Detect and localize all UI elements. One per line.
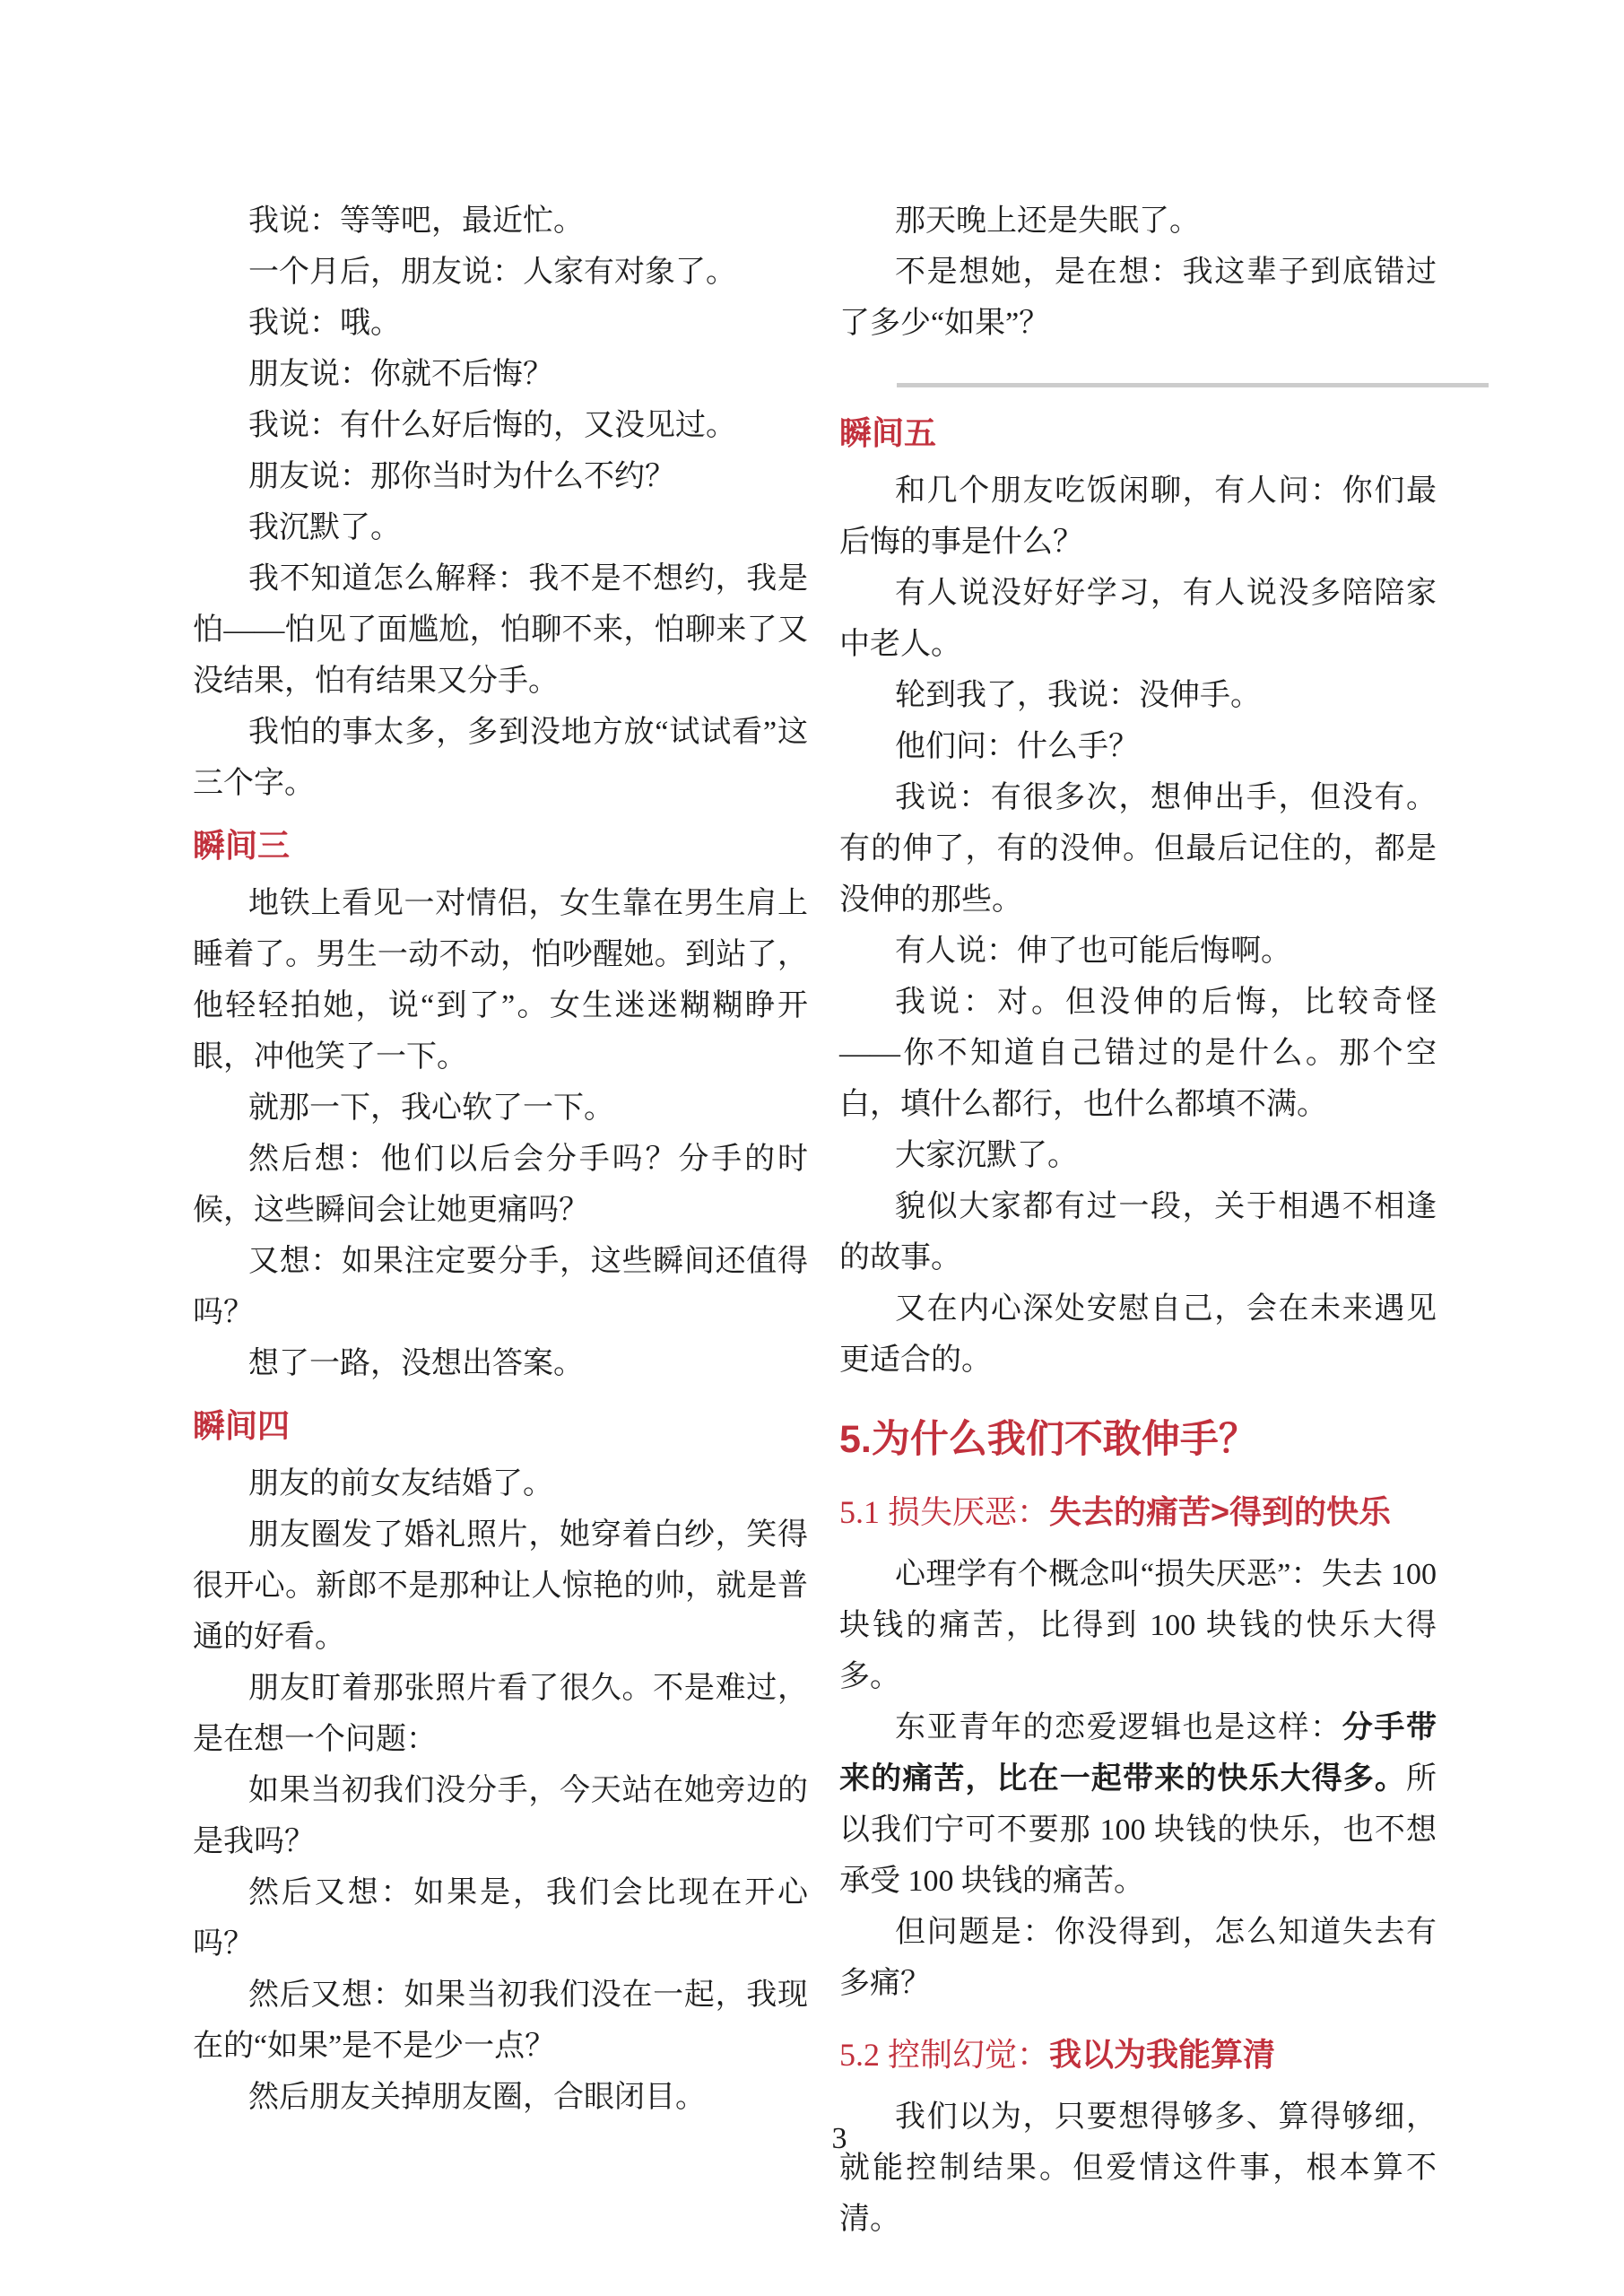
section-heading: 瞬间五 (839, 407, 1437, 458)
left-column: 我说：等等吧，最近忙。一个月后，朋友说：人家有对象了。我说：哦。朋友说：你就不后… (193, 196, 808, 2123)
paragraph: 我怕的事太多，多到没地方放“试试看”这三个字。 (193, 707, 808, 809)
page-number: 3 (803, 2122, 875, 2156)
section-heading: 瞬间四 (193, 1400, 808, 1451)
paragraph: 一个月后，朋友说：人家有对象了。 (193, 247, 808, 298)
paragraph: 貌似大家都有过一段，关于相遇不相逢的故事。 (839, 1181, 1437, 1283)
paragraph: 轮到我了，我说：没伸手。 (839, 670, 1437, 721)
paragraph: 又想：如果注定要分手，这些瞬间还值得吗？ (193, 1236, 808, 1338)
paragraph: 朋友圈发了婚礼照片，她穿着白纱，笑得很开心。新郎不是那种让人惊艳的帅，就是普通的… (193, 1509, 808, 1663)
paragraph: 然后又想：如果是，我们会比现在开心吗？ (193, 1867, 808, 1970)
paragraph: 又在内心深处安慰自己，会在未来遇见更适合的。 (839, 1283, 1437, 1386)
paragraph: 有人说：伸了也可能后悔啊。 (839, 926, 1437, 977)
paragraph: 我说：哦。 (193, 298, 808, 349)
right-column: 那天晚上还是失眠了。不是想她，是在想：我这辈子到底错过了多少“如果”？瞬间五和几… (839, 196, 1437, 2245)
paragraph: 想了一路，没想出答案。 (193, 1338, 808, 1389)
paragraph: 就那一下，我心软了一下。 (193, 1083, 808, 1134)
subsection-number-label: 5.2 控制幻觉： (839, 2037, 1049, 2073)
subsection-emphasis: 我以为我能算清 (1049, 2036, 1275, 2073)
paragraph: 不是想她，是在想：我这辈子到底错过了多少“如果”？ (839, 247, 1437, 349)
paragraph: 我说：有很多次，想伸出手，但没有。有的伸了，有的没伸。但最后记住的，都是没伸的那… (839, 772, 1437, 926)
paragraph: 朋友说：那你当时为什么不约？ (193, 451, 808, 502)
paragraph: 他们问：什么手？ (839, 721, 1437, 772)
paragraph: 朋友盯着那张照片看了很久。不是难过，是在想一个问题： (193, 1663, 808, 1765)
paragraph: 如果当初我们没分手，今天站在她旁边的是我吗？ (193, 1765, 808, 1867)
paragraph: 我沉默了。 (193, 502, 808, 553)
paragraph: 心理学有个概念叫“损失厌恶”：失去 100 块钱的痛苦，比得到 100 块钱的快… (839, 1549, 1437, 1702)
paragraph: 大家沉默了。 (839, 1130, 1437, 1181)
paragraph: 但问题是：你没得到，怎么知道失去有多痛？ (839, 1907, 1437, 2009)
paragraph: 我们以为，只要想得够多、算得够细，就能控制结果。但爱情这件事，根本算不清。 (839, 2092, 1437, 2245)
paragraph: 东亚青年的恋爱逻辑也是这样：分手带来的痛苦，比在一起带来的快乐大得多。所以我们宁… (839, 1702, 1437, 1907)
paragraph: 地铁上看见一对情侣，女生靠在男生肩上睡着了。男生一动不动，怕吵醒她。到站了，他轻… (193, 878, 808, 1083)
paragraph: 那天晚上还是失眠了。 (839, 196, 1437, 247)
subsection-emphasis: 失去的痛苦>得到的快乐 (1049, 1493, 1391, 1530)
paragraph: 我说：等等吧，最近忙。 (193, 196, 808, 247)
paragraph: 朋友的前女友结婚了。 (193, 1458, 808, 1509)
paragraph: 然后又想：如果当初我们没在一起，我现在的“如果”是不是少一点？ (193, 1970, 808, 2072)
paragraph: 我说：对。但没伸的后悔，比较奇怪——你不知道自己错过的是什么。那个空白，填什么都… (839, 977, 1437, 1130)
subsection-heading: 5.2 控制幻觉：我以为我能算清 (839, 2029, 1437, 2081)
subsection-heading: 5.1 损失厌恶：失去的痛苦>得到的快乐 (839, 1486, 1437, 1538)
paragraph: 然后想：他们以后会分手吗？分手的时候，这些瞬间会让她更痛吗？ (193, 1134, 808, 1236)
paragraph: 有人说没好好学习，有人说没多陪陪家中老人。 (839, 568, 1437, 670)
text-run: 东亚青年的恋爱逻辑也是这样： (895, 1711, 1342, 1744)
document-page: 我说：等等吧，最近忙。一个月后，朋友说：人家有对象了。我说：哦。朋友说：你就不后… (0, 0, 1624, 2296)
paragraph: 然后朋友关掉朋友圈，合眼闭目。 (193, 2072, 808, 2123)
subsection-number-label: 5.1 损失厌恶： (839, 1494, 1049, 1530)
paragraph: 朋友说：你就不后悔？ (193, 349, 808, 400)
paragraph: 我不知道怎么解释：我不是不想约，我是怕——怕见了面尴尬，怕聊不来，怕聊来了又没结… (193, 553, 808, 707)
paragraph: 和几个朋友吃饭闲聊，有人问：你们最后悔的事是什么？ (839, 465, 1437, 568)
paragraph: 我说：有什么好后悔的，又没见过。 (193, 400, 808, 451)
section-divider (897, 383, 1489, 387)
section-heading: 瞬间三 (193, 820, 808, 871)
chapter-heading: 5.为什么我们不敢伸手？ (839, 1413, 1437, 1466)
